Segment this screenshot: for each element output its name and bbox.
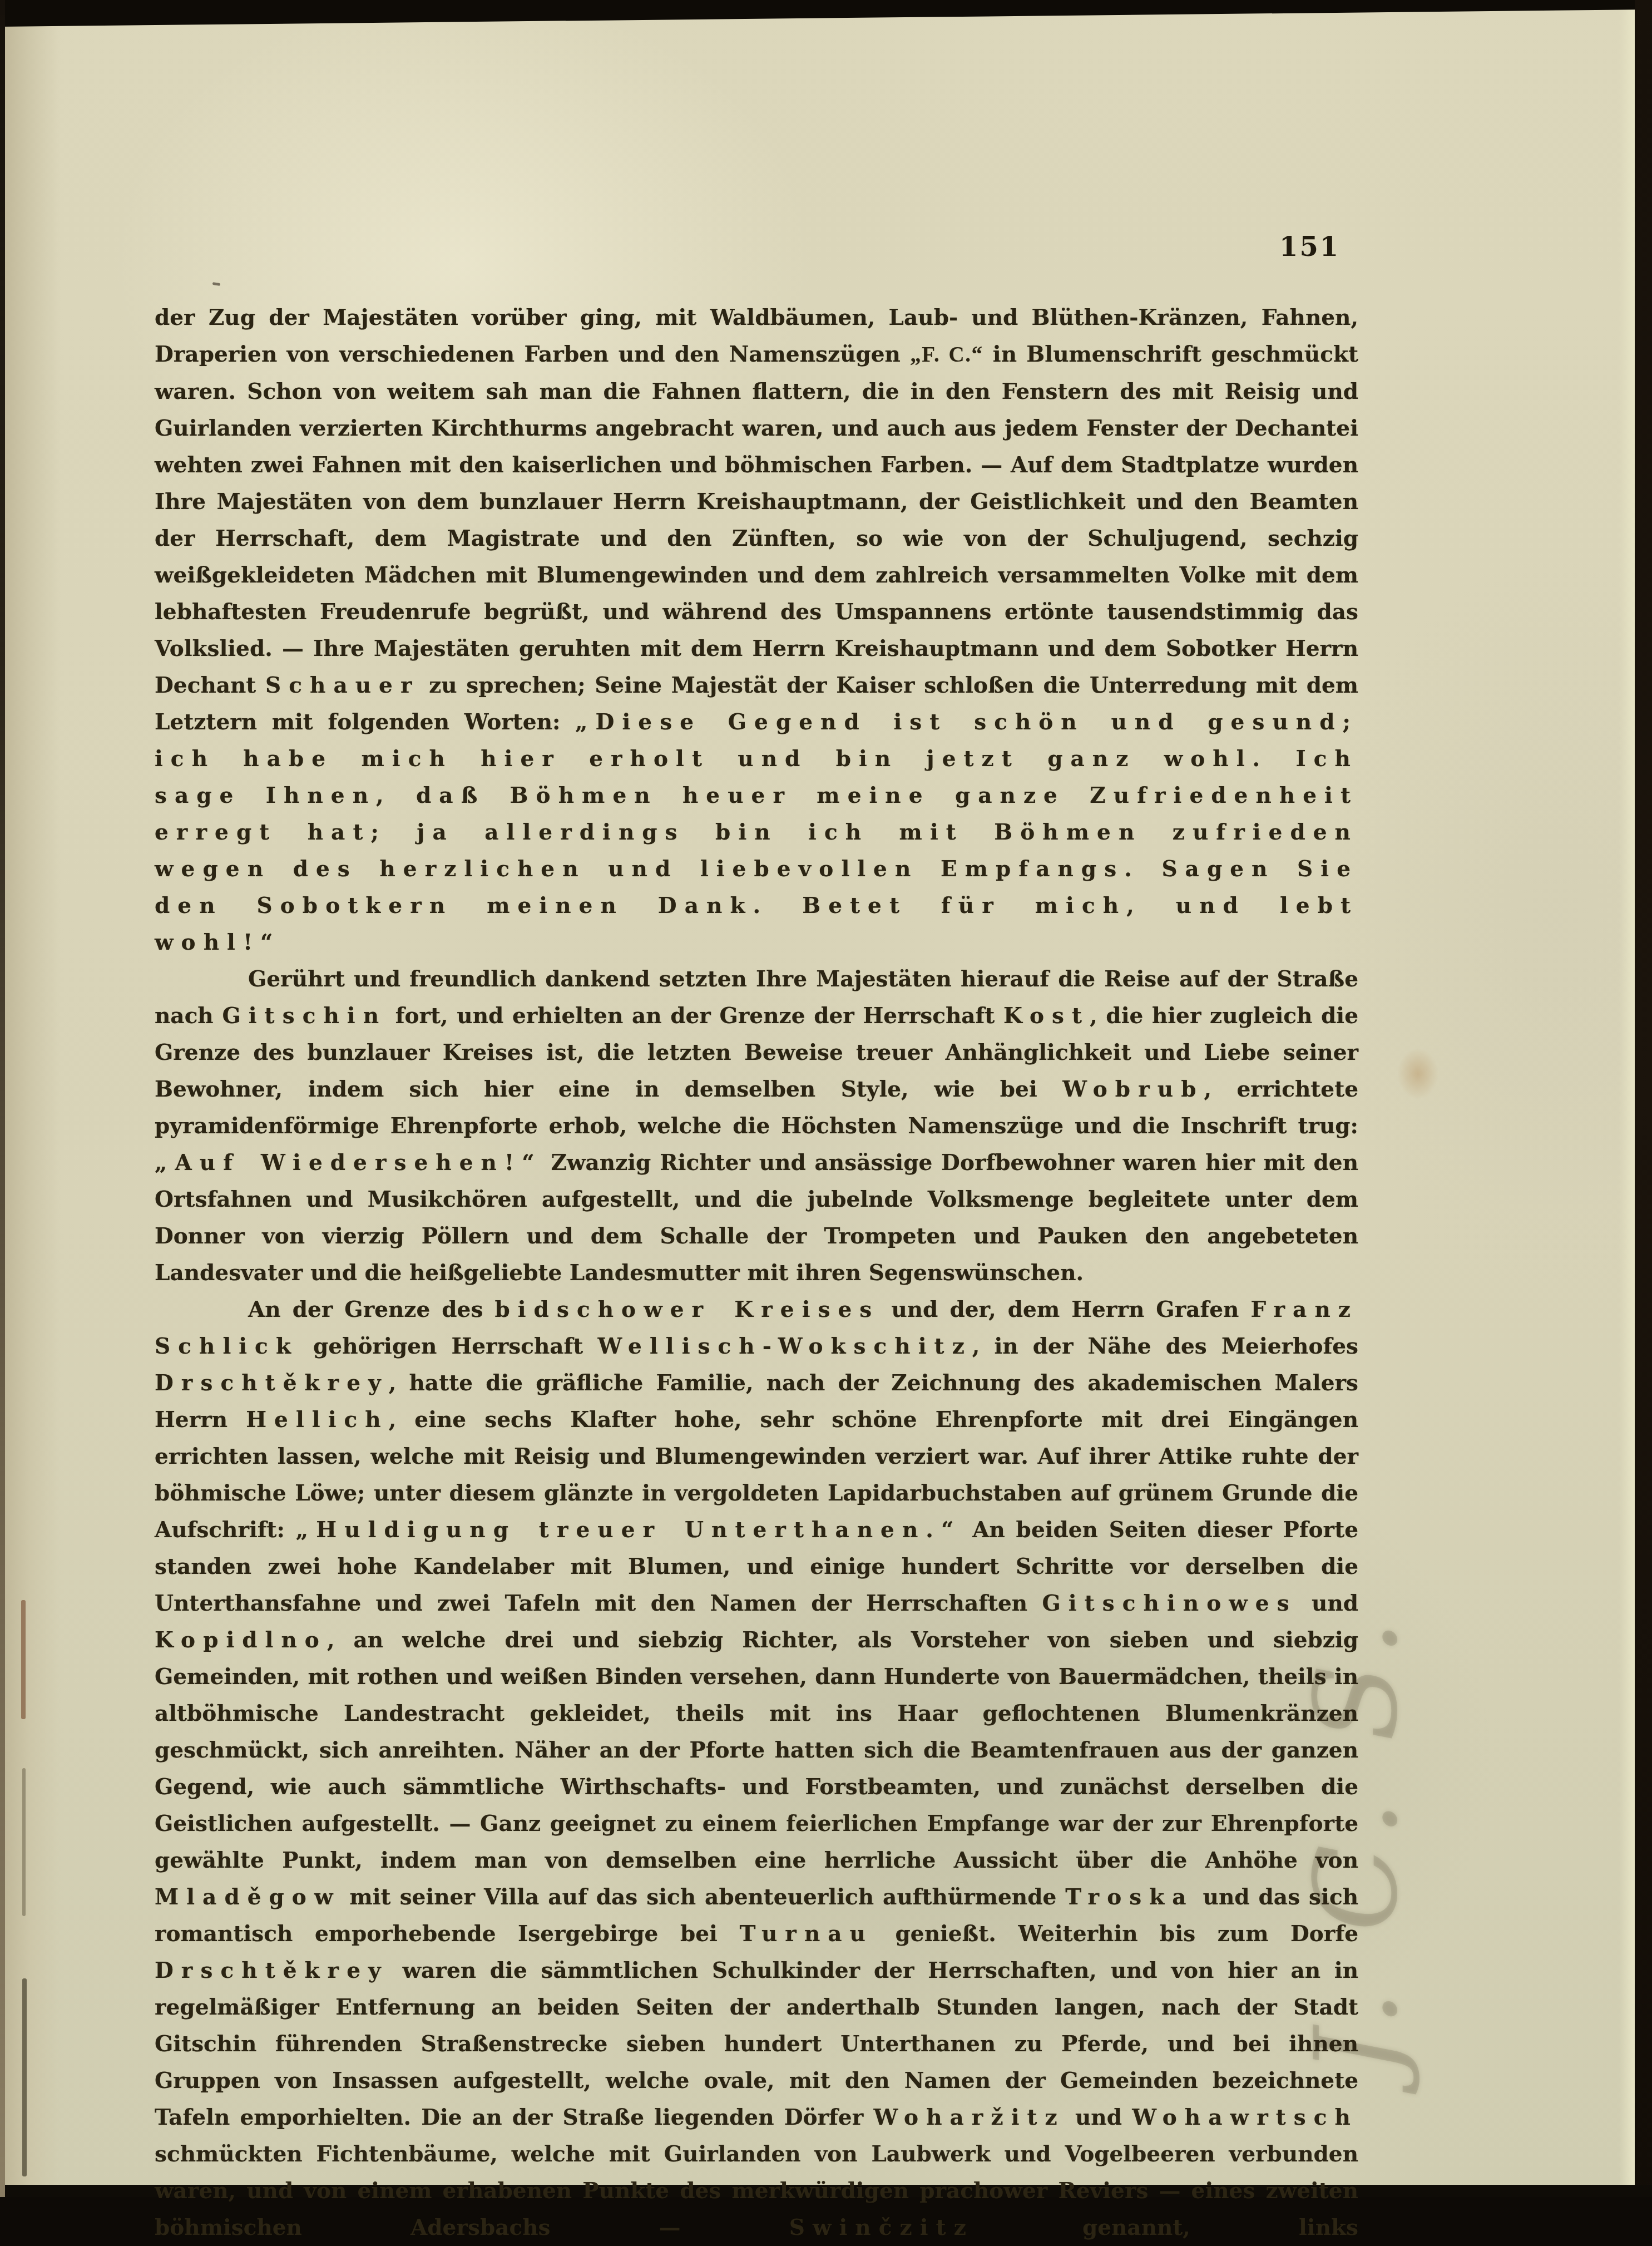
text-segment-spaced: „Huldigung treuer Unterthanen.“: [296, 1517, 962, 1543]
text-segment-normal: , in der Nähe des Meierhofes: [972, 1334, 1358, 1359]
text-segment-spaced: Drschtěkrey: [155, 1370, 389, 1396]
text-segment-normal: An der Grenze des: [248, 1297, 494, 1322]
text-segment-normal: , an welche drei und siebzig Richter, al…: [155, 1627, 1358, 1873]
text-segment-normal: schmückten Fichtenbäume, welche mit Guir…: [155, 2141, 1358, 2197]
text-segment-spaced: Turnau: [739, 1921, 873, 1947]
text-segment-spaced: Woharžitz: [873, 2105, 1065, 2130]
scan-border-right: [1635, 0, 1652, 2197]
text-segment-spaced: bidschower Kreises: [494, 1297, 879, 1322]
text-segment-normal: und der, dem Herrn Grafen: [879, 1297, 1250, 1322]
text-segment-spaced: Hellich: [246, 1407, 389, 1433]
text-segment-spaced: Kost: [1003, 1003, 1090, 1029]
text-segment-normal: mit seiner Villa auf das sich abenteuerl…: [341, 1884, 1066, 1910]
text-segment-spaced: Wellisch-Wokschitz: [597, 1334, 972, 1359]
paragraph: Gerührt und freundlich dankend setzten I…: [155, 961, 1358, 1291]
text-segment-spaced: Wobrub: [1062, 1077, 1204, 1102]
scan-border-left: [0, 0, 5, 2197]
binding-thread-segment: [21, 1600, 26, 1719]
text-segment-normal: und: [1065, 2105, 1132, 2130]
paper-stain: [1397, 1048, 1438, 1099]
page-edge-highlight: [1619, 0, 1635, 2197]
text-segment-normal: in Blumenschrift geschmückt waren. Schon…: [155, 342, 1358, 698]
text-segment-spaced: Gitschinowes: [1042, 1591, 1297, 1616]
text-segment-normal: gehörigen Herrschaft: [299, 1334, 597, 1359]
text-segment-spaced: Kopidlno: [155, 1627, 327, 1653]
paragraph: An der Grenze des bidschower Kreises und…: [155, 1291, 1358, 2197]
paragraph: der Zug der Majestäten vorüber ging, mit…: [155, 299, 1358, 961]
scanned-book-page: J. C. S. 151 der Zug der Majestäten vorü…: [0, 0, 1652, 2197]
text-segment-antiqua: „F. C.“: [910, 343, 983, 367]
page-number: 151: [1279, 231, 1340, 263]
text-segment-normal: genießt. Weiterhin bis zum Dorfe: [873, 1921, 1358, 1947]
text-segment-spaced: Gitschin: [222, 1003, 387, 1029]
text-segment-normal: und: [1297, 1591, 1358, 1616]
binding-thread-segment: [22, 1978, 27, 2176]
text-segment-spaced: „Auf Wiedersehen!“: [155, 1150, 542, 1176]
text-segment-spaced: Drschtěkrey: [155, 1958, 389, 1983]
text-segment-spaced: Mladěgow: [155, 1884, 341, 1910]
binding-thread-segment: [22, 1768, 26, 1916]
text-segment-spaced: Schauer: [265, 673, 420, 698]
text-segment-spaced: „Diese Gegend ist schön und gesund; ich …: [155, 709, 1358, 955]
page-text: der Zug der Majestäten vorüber ging, mit…: [155, 299, 1358, 2197]
text-segment-spaced: Troska: [1065, 1884, 1194, 1910]
text-segment-spaced: Wohawrtsch: [1132, 2105, 1358, 2130]
left-margin-shade: [5, 0, 61, 2197]
text-segment-normal: fort, und erhielten an der Grenze der He…: [387, 1003, 1003, 1029]
